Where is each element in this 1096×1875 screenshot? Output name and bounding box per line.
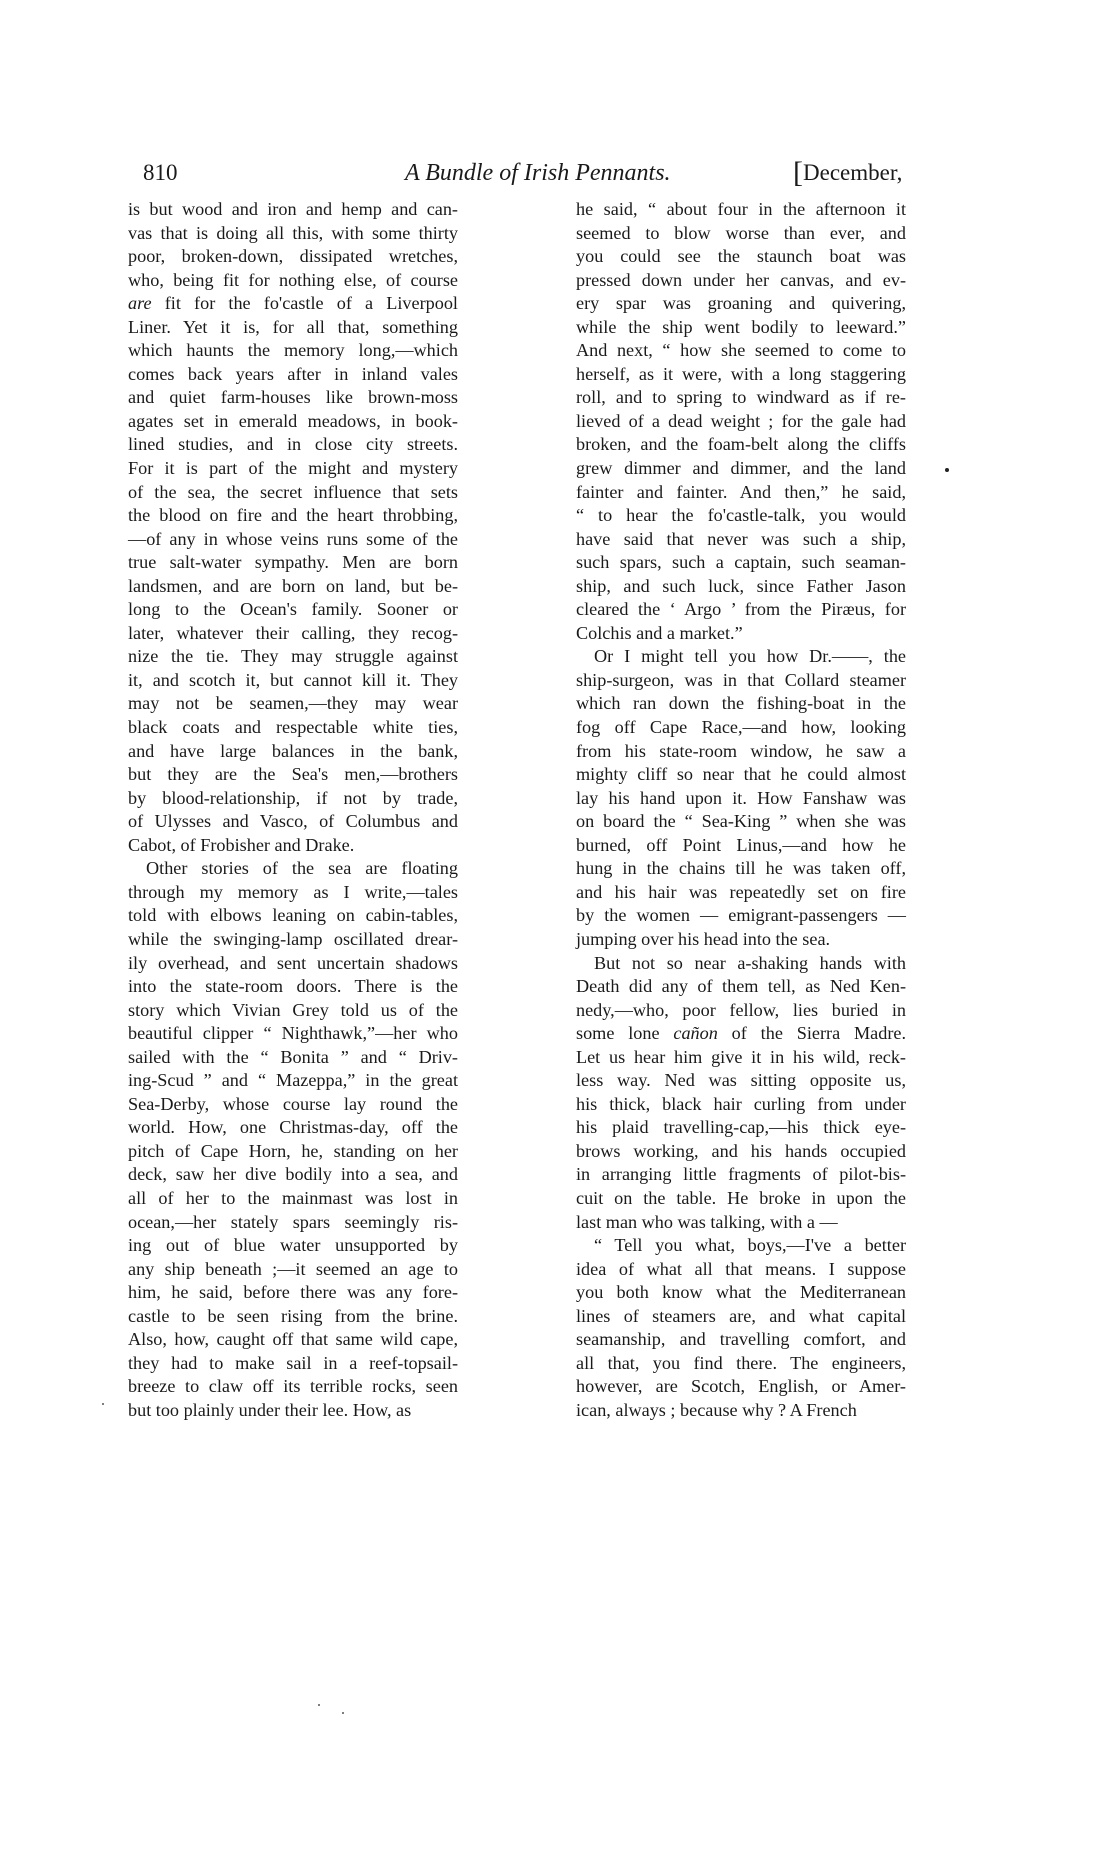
- text-line: while the ship went bodily to leeward.”: [576, 316, 906, 340]
- book-page: 810 A Bundle of Irish Pennants. [Decembe…: [0, 0, 1096, 1875]
- text-line: pressed down under her canvas, and ev-: [576, 269, 906, 293]
- text-line: however, are Scotch, English, or Amer-: [576, 1375, 906, 1399]
- text-line: herself, as it were, with a long stagger…: [576, 363, 906, 387]
- text-line: For it is part of the might and mystery: [128, 457, 458, 481]
- bracket-glyph: [: [793, 156, 803, 189]
- text-line: lay his hand upon it. How Fanshaw was: [576, 787, 906, 811]
- text-line: while the swinging-lamp oscillated drear…: [128, 928, 458, 952]
- left-text-column: is but wood and iron and hemp and can-va…: [128, 198, 458, 1422]
- text-line: all of her to the mainmast was lost in: [128, 1187, 458, 1211]
- text-line: lieved of a dead weight ; for the gale h…: [576, 410, 906, 434]
- text-line: which ran down the fishing-boat in the: [576, 692, 906, 716]
- text-line: black coats and respectable white ties,: [128, 716, 458, 740]
- text-line: seemed to blow worse than ever, and: [576, 222, 906, 246]
- text-line: jumping over his head into the sea.: [576, 928, 906, 952]
- text-line: Liner. Yet it is, for all that, somethin…: [128, 316, 458, 340]
- text-line: Sea-Derby, whose course lay round the: [128, 1093, 458, 1117]
- italic-word: are: [128, 293, 152, 313]
- text-line: any ship beneath ;—it seemed an age to: [128, 1258, 458, 1282]
- text-line: you both know what the Mediterranean: [576, 1281, 906, 1305]
- text-line: through my memory as I write,—tales: [128, 881, 458, 905]
- text-line: are fit for the fo'castle of a Liverpool: [128, 292, 458, 316]
- issue-month: [December,: [793, 160, 902, 186]
- text-line: seamanship, and travelling comfort, and: [576, 1328, 906, 1352]
- text-line: such spars, such a captain, such seaman-: [576, 551, 906, 575]
- text-line: idea of what all that means. I suppose: [576, 1258, 906, 1282]
- text-line: who, being fit for nothing else, of cour…: [128, 269, 458, 293]
- text-line: into the state-room doors. There is the: [128, 975, 458, 999]
- print-speck: [318, 1704, 320, 1706]
- running-title: A Bundle of Irish Pennants.: [405, 160, 671, 187]
- text-line: told with elbows leaning on cabin-tables…: [128, 904, 458, 928]
- text-line: true salt-water sympathy. Men are born: [128, 551, 458, 575]
- text-line: deck, saw her dive bodily into a sea, an…: [128, 1163, 458, 1187]
- text-line: grew dimmer and dimmer, and the land: [576, 457, 906, 481]
- text-line: Cabot, of Frobisher and Drake.: [128, 834, 458, 858]
- text-line: But not so near a-shaking hands with: [576, 952, 906, 976]
- text-line: Colchis and a market.”: [576, 622, 906, 646]
- text-line: it, and scotch it, but cannot kill it. T…: [128, 669, 458, 693]
- page-header: 810 A Bundle of Irish Pennants. [Decembe…: [143, 160, 923, 194]
- italic-word: cañon: [673, 1023, 717, 1043]
- page-number: 810: [143, 160, 178, 186]
- text-line: comes back years after in inland vales: [128, 363, 458, 387]
- text-line: from his state-room window, he saw a: [576, 740, 906, 764]
- text-line: less way. Ned was sitting opposite us,: [576, 1069, 906, 1093]
- text-line: by blood-relationship, if not by trade,: [128, 787, 458, 811]
- issue-month-label: December,: [803, 160, 902, 185]
- text-line: on board the “ Sea-King ” when she was: [576, 810, 906, 834]
- text-line: of the sea, the secret influence that se…: [128, 481, 458, 505]
- text-line: ery spar was groaning and quivering,: [576, 292, 906, 316]
- text-line: poor, broken-down, dissipated wretches,: [128, 245, 458, 269]
- print-speck: [102, 1403, 104, 1405]
- text-line: ily overhead, and sent uncertain shadows: [128, 952, 458, 976]
- text-line: may not be seamen,—they may wear: [128, 692, 458, 716]
- text-line: ing-Scud ” and “ Mazeppa,” in the great: [128, 1069, 458, 1093]
- text-line: him, he said, before there was any fore-: [128, 1281, 458, 1305]
- text-line: all that, you find there. The engineers,: [576, 1352, 906, 1376]
- text-line: mighty cliff so near that he could almos…: [576, 763, 906, 787]
- text-line: fog off Cape Race,—and how, looking: [576, 716, 906, 740]
- print-speck: [582, 206, 584, 208]
- text-line: sailed with the “ Bonita ” and “ Driv-: [128, 1046, 458, 1070]
- text-line: world. How, one Christmas-day, off the: [128, 1116, 458, 1140]
- text-line: he said, “ about four in the afternoon i…: [576, 198, 906, 222]
- text-line: they had to make sail in a reef-topsail-: [128, 1352, 458, 1376]
- right-text-column: he said, “ about four in the afternoon i…: [576, 198, 906, 1422]
- text-line: Let us hear him give it in his wild, rec…: [576, 1046, 906, 1070]
- text-line: his plaid travelling-cap,—his thick eye-: [576, 1116, 906, 1140]
- text-line: beautiful clipper “ Nighthawk,”—her who: [128, 1022, 458, 1046]
- text-line: “ Tell you what, boys,—I've a better: [576, 1234, 906, 1258]
- text-line: —of any in whose veins runs some of the: [128, 528, 458, 552]
- text-line: vas that is doing all this, with some th…: [128, 222, 458, 246]
- text-line: and his hair was repeatedly set on fire: [576, 881, 906, 905]
- text-line: in arranging little fragments of pilot-b…: [576, 1163, 906, 1187]
- text-line: Death did any of them tell, as Ned Ken-: [576, 975, 906, 999]
- text-line: “ to hear the fo'castle-talk, you would: [576, 504, 906, 528]
- text-line: brows working, and his hands occupied: [576, 1140, 906, 1164]
- text-line: long to the Ocean's family. Sooner or: [128, 598, 458, 622]
- text-line: ship, and such luck, since Father Jason: [576, 575, 906, 599]
- text-line: ocean,—her stately spars seemingly ris-: [128, 1211, 458, 1235]
- text-line: nedy,—who, poor fellow, lies buried in: [576, 999, 906, 1023]
- text-line: some lone cañon of the Sierra Madre.: [576, 1022, 906, 1046]
- text-line: broken, and the foam-belt along the clif…: [576, 433, 906, 457]
- text-line: you could see the staunch boat was: [576, 245, 906, 269]
- text-line: breeze to claw off its terrible rocks, s…: [128, 1375, 458, 1399]
- text-line: by the women — emigrant-passengers —: [576, 904, 906, 928]
- text-line: later, whatever their calling, they reco…: [128, 622, 458, 646]
- text-line: lined studies, and in close city streets…: [128, 433, 458, 457]
- text-line: fainter and fainter. And then,” he said,: [576, 481, 906, 505]
- text-line: Also, how, caught off that same wild cap…: [128, 1328, 458, 1352]
- text-line: and quiet farm-houses like brown-moss: [128, 386, 458, 410]
- text-line: pitch of Cape Horn, he, standing on her: [128, 1140, 458, 1164]
- text-line: of Ulysses and Vasco, of Columbus and: [128, 810, 458, 834]
- text-line: ship-surgeon, was in that Collard steame…: [576, 669, 906, 693]
- text-line: Other stories of the sea are floating: [128, 857, 458, 881]
- text-line: but too plainly under their lee. How, as: [128, 1399, 458, 1423]
- text-line: castle to be seen rising from the brine.: [128, 1305, 458, 1329]
- text-line: Or I might tell you how Dr.——, the: [576, 645, 906, 669]
- text-line: last man who was talking, with a —: [576, 1211, 906, 1235]
- text-line: burned, off Point Linus,—and how he: [576, 834, 906, 858]
- text-line: roll, and to spring to windward as if re…: [576, 386, 906, 410]
- text-line: agates set in emerald meadows, in book-: [128, 410, 458, 434]
- text-line: cleared the ‘ Argo ’ from the Piræus, fo…: [576, 598, 906, 622]
- text-line: hung in the chains till he was taken off…: [576, 857, 906, 881]
- text-line: landsmen, and are born on land, but be-: [128, 575, 458, 599]
- text-line: but they are the Sea's men,—brothers: [128, 763, 458, 787]
- text-line: ing out of blue water unsupported by: [128, 1234, 458, 1258]
- print-speck: [945, 468, 949, 472]
- text-line: is but wood and iron and hemp and can-: [128, 198, 458, 222]
- text-line: story which Vivian Grey told us of the: [128, 999, 458, 1023]
- text-line: and have large balances in the bank,: [128, 740, 458, 764]
- text-line: And next, “ how she seemed to come to: [576, 339, 906, 363]
- text-line: cuit on the table. He broke in upon the: [576, 1187, 906, 1211]
- print-speck: [342, 1712, 344, 1714]
- text-line: his thick, black hair curling from under: [576, 1093, 906, 1117]
- text-line: have said that never was such a ship,: [576, 528, 906, 552]
- text-line: the blood on fire and the heart throbbin…: [128, 504, 458, 528]
- text-line: ican, always ; because why ? A French: [576, 1399, 906, 1423]
- text-line: which haunts the memory long,—which: [128, 339, 458, 363]
- text-line: lines of steamers are, and what capital: [576, 1305, 906, 1329]
- text-line: nize the tie. They may struggle against: [128, 645, 458, 669]
